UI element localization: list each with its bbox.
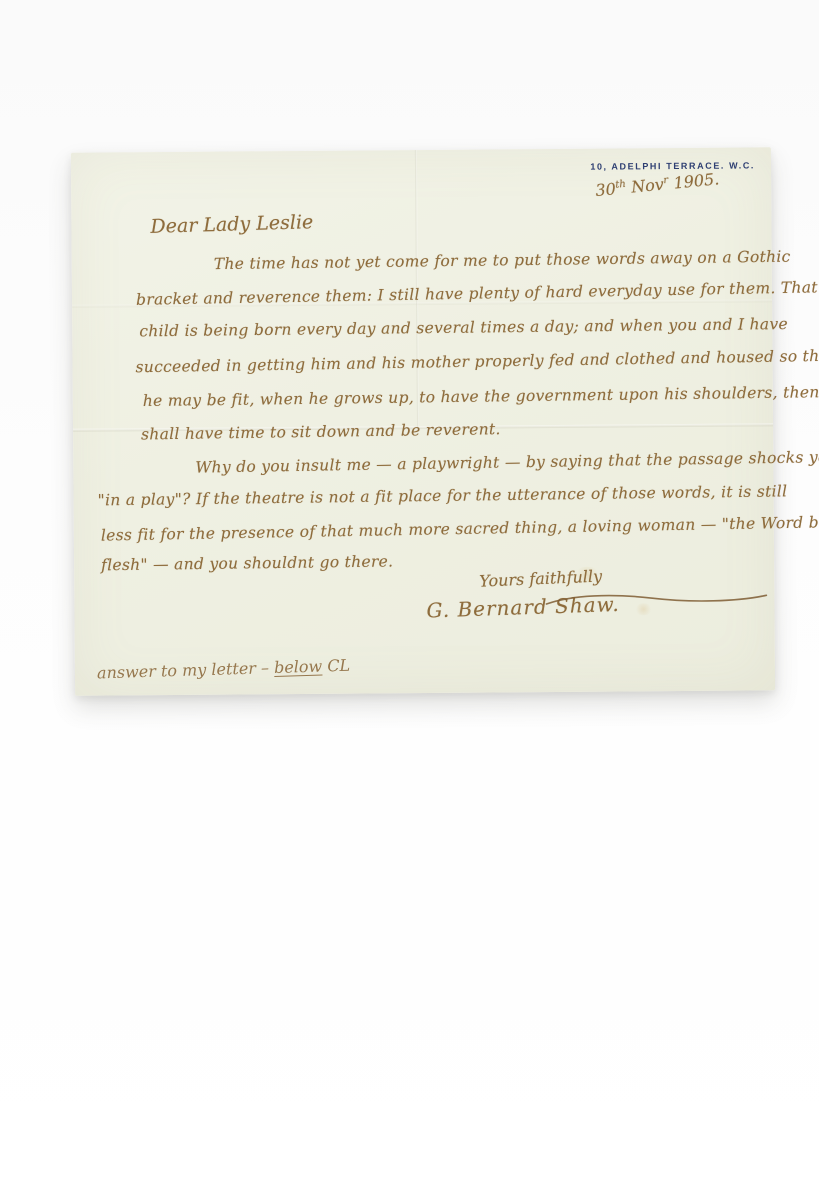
date-month-suffix: r <box>663 175 669 186</box>
pencil-annotation: answer to my letter – below CL <box>97 656 351 683</box>
body-line: less fit for the presence of that much m… <box>101 512 819 544</box>
letter-photo: 10, ADELPHI TERRACE. W.C. 30th Novr 1905… <box>71 147 775 695</box>
body-line: shall have time to sit down and be rever… <box>141 420 501 443</box>
body-line: flesh" — and you shouldnt go there. <box>101 552 393 574</box>
body-line: succeeded in getting him and his mother … <box>135 347 819 377</box>
date-month: Nov <box>630 175 664 197</box>
body-line: he may be fit, when he grows up, to have… <box>143 383 819 410</box>
body-line: child is being born every day and severa… <box>139 315 788 340</box>
annotation-initials: CL <box>322 656 351 676</box>
body-line: "in a play"? If the theatre is not a fit… <box>97 482 787 509</box>
date-day-suffix: th <box>615 179 626 191</box>
body-line: The time has not yet come for me to put … <box>214 248 791 274</box>
annotation-underlined-word: below <box>274 657 323 677</box>
signature-flourish <box>542 589 770 609</box>
date-day: 30 <box>594 179 616 200</box>
closing-valediction: Yours faithfully <box>479 566 603 590</box>
annotation-text: answer to my letter – <box>97 658 275 682</box>
date-year: 1905. <box>672 169 719 192</box>
printed-letterhead-address: 10, ADELPHI TERRACE. W.C. <box>590 160 755 171</box>
letter-date: 30th Novr 1905. <box>594 169 720 200</box>
body-line: Why do you insult me — a playwright — by… <box>195 448 819 477</box>
salutation: Dear Lady Leslie <box>150 211 313 238</box>
